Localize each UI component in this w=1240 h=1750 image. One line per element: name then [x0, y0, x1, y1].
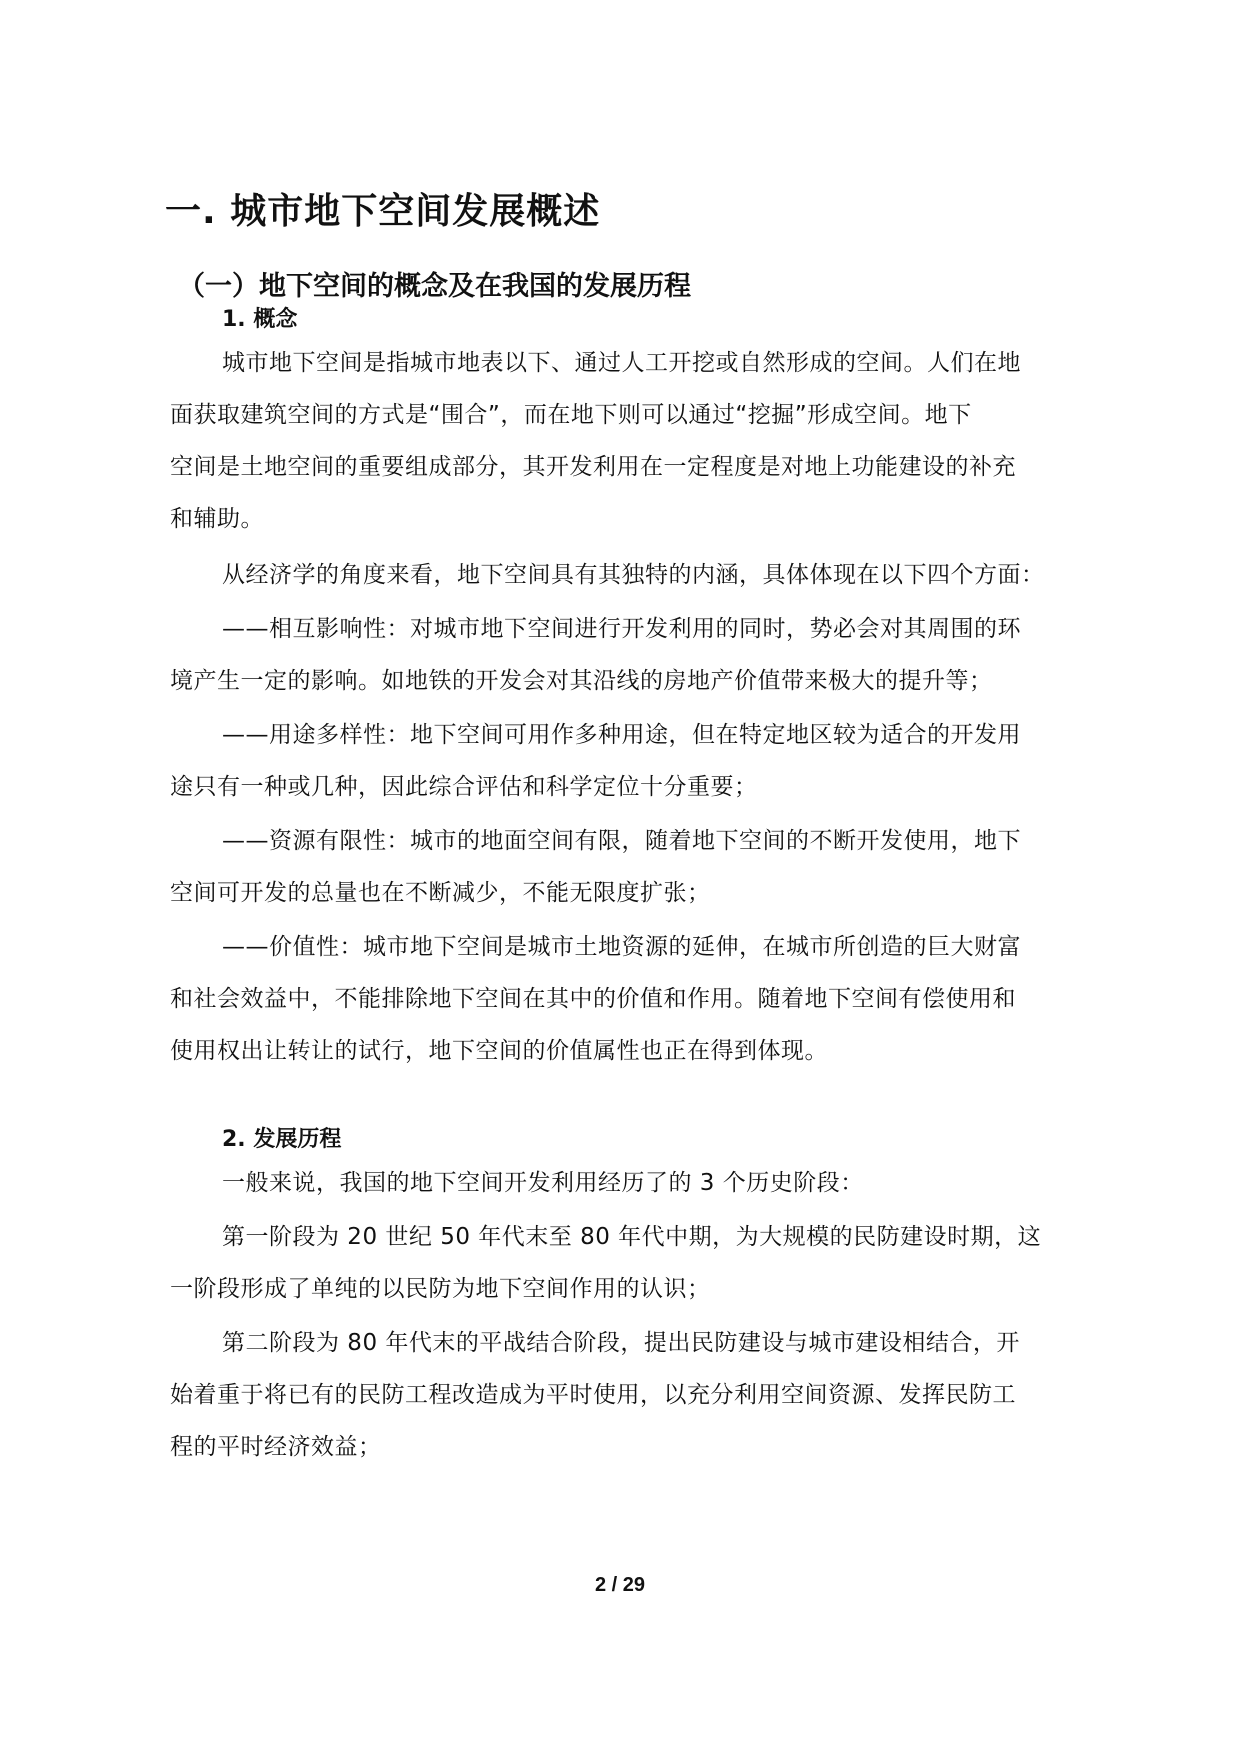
paragraph-line: ——用途多样性：地下空间可用作多种用途，但在特定地区较为适合的开发用 [222, 720, 1021, 750]
subsection-heading-history: 2. 发展历程 [222, 1122, 341, 1153]
paragraph-line: 一般来说，我国的地下空间开发利用经历了的 3 个历史阶段： [222, 1168, 864, 1198]
paragraph-line: 境产生一定的影响。如地铁的开发会对其沿线的房地产价值带来极大的提升等； [170, 666, 993, 696]
paragraph-line: 程的平时经济效益； [170, 1432, 382, 1462]
paragraph-line: ——资源有限性：城市的地面空间有限，随着地下空间的不断开发使用，地下 [222, 826, 1021, 856]
paragraph-line: 从经济学的角度来看，地下空间具有其独特的内涵，具体体现在以下四个方面： [222, 560, 1045, 590]
paragraph-line: ——价值性：城市地下空间是城市土地资源的延伸，在城市所创造的巨大财富 [222, 932, 1021, 962]
paragraph-line: ——相互影响性：对城市地下空间进行开发利用的同时，势必会对其周围的环 [222, 614, 1021, 644]
paragraph-line: 和社会效益中，不能排除地下空间在其中的价值和作用。随着地下空间有偿使用和 [170, 984, 1016, 1014]
document-page: 一. 城市地下空间发展概述 （一）地下空间的概念及在我国的发展历程 1. 概念 … [0, 0, 1240, 1750]
paragraph-line: 和辅助。 [170, 504, 264, 534]
paragraph-line: 第一阶段为 20 世纪 50 年代末至 80 年代中期，为大规模的民防建设时期，… [222, 1222, 1041, 1252]
paragraph-line: 途只有一种或几种，因此综合评估和科学定位十分重要； [170, 772, 758, 802]
page-number: 2 / 29 [0, 1574, 1240, 1597]
paragraph-line: 空间是土地空间的重要组成部分，其开发利用在一定程度是对地上功能建设的补充 [170, 452, 1016, 482]
paragraph-line: 城市地下空间是指城市地表以下、通过人工开挖或自然形成的空间。人们在地 [222, 348, 1021, 378]
chapter-heading: 一. 城市地下空间发展概述 [165, 183, 600, 234]
subsection-heading-concept: 1. 概念 [222, 302, 297, 333]
paragraph-line: 空间可开发的总量也在不断减少，不能无限度扩张； [170, 878, 711, 908]
section-heading: （一）地下空间的概念及在我国的发展历程 [178, 264, 691, 303]
paragraph-line: 使用权出让转让的试行，地下空间的价值属性也正在得到体现。 [170, 1036, 828, 1066]
paragraph-line: 始着重于将已有的民防工程改造成为平时使用，以充分利用空间资源、发挥民防工 [170, 1380, 1016, 1410]
paragraph-line: 第二阶段为 80 年代末的平战结合阶段，提出民防建设与城市建设相结合，开 [222, 1328, 1020, 1358]
paragraph-line: 一阶段形成了单纯的以民防为地下空间作用的认识； [170, 1274, 711, 1304]
paragraph-line: 面获取建筑空间的方式是“围合”，而在地下则可以通过“挖掘”形成空间。地下 [170, 400, 972, 430]
